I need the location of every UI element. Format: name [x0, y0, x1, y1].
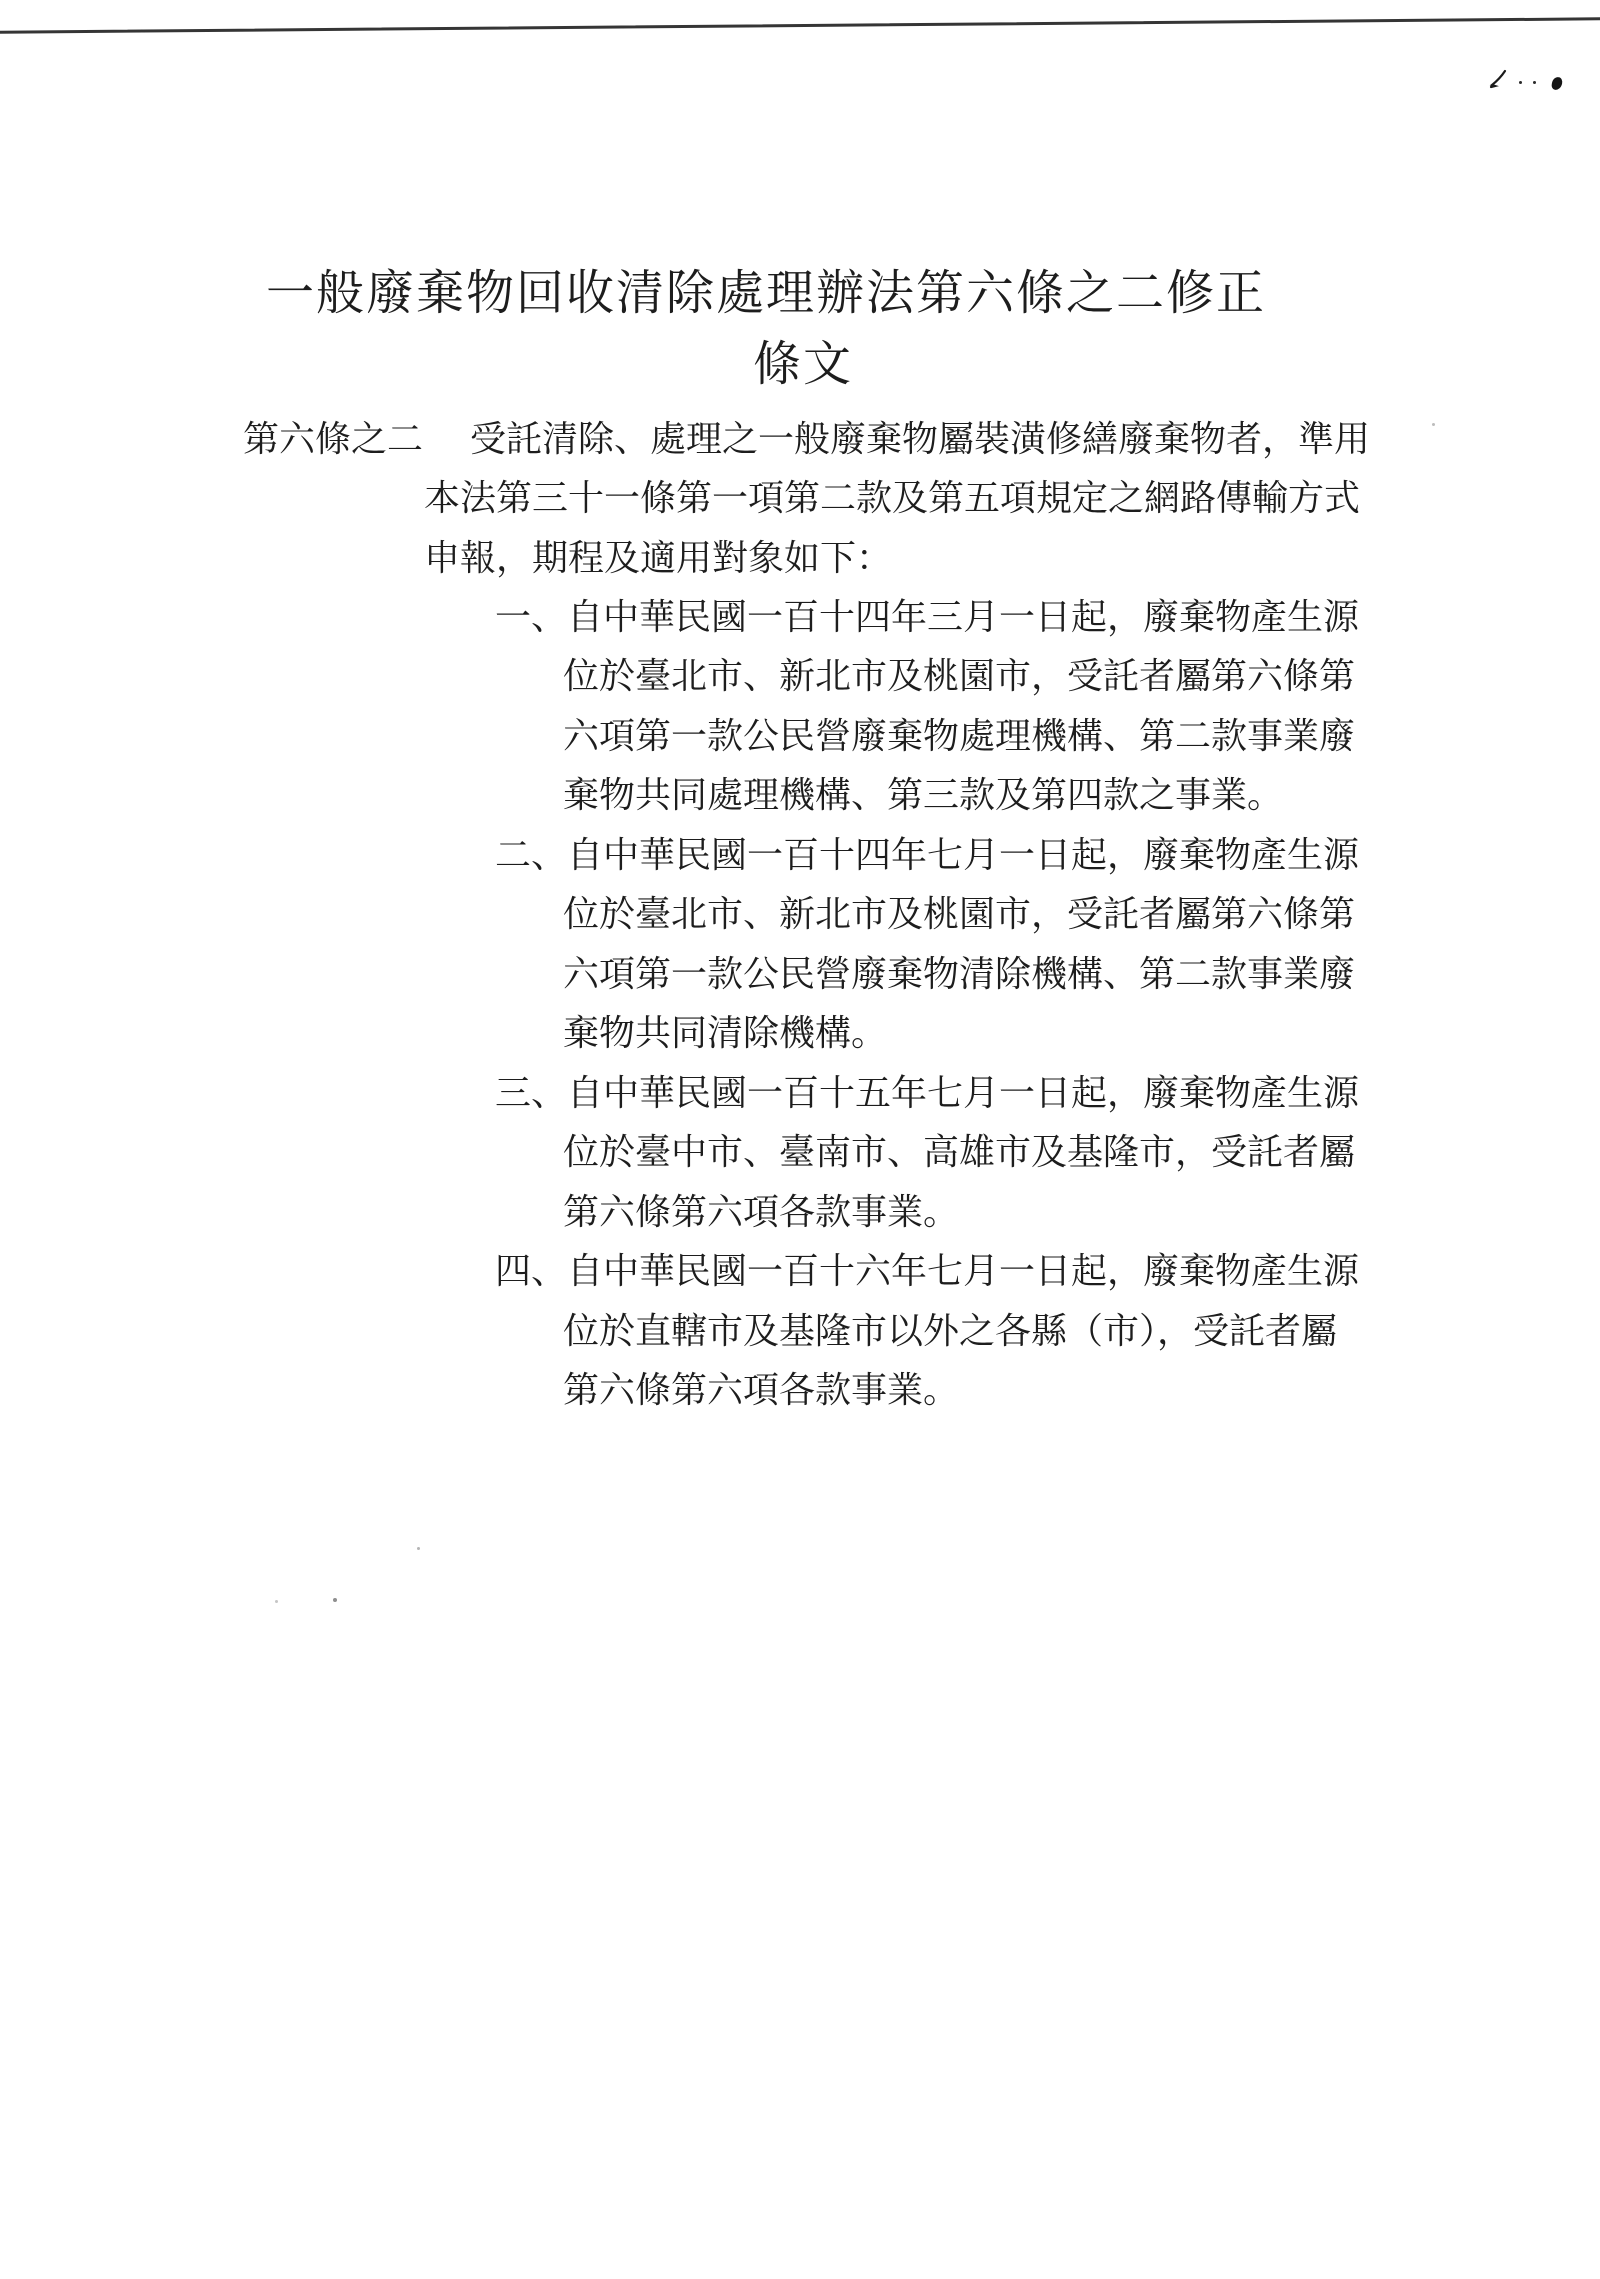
item-line: 四、自中華民國一百十六年七月一日起，廢棄物產生源: [495, 1253, 1359, 1289]
item-line: 棄物共同清除機構。: [563, 1015, 887, 1051]
document-title-line2: 條文: [753, 341, 853, 389]
item-line: 第六條第六項各款事業。: [563, 1372, 959, 1408]
intro-line: 本法第三十一條第一項第二款及第五項規定之網路傳輸方式: [424, 480, 1360, 516]
document-title-line1: 一般廢棄物回收清除處理辦法第六條之二修正: [266, 270, 1266, 318]
intro-line: 申報，期程及適用對象如下：: [424, 540, 892, 576]
item-line: 二、自中華民國一百十四年七月一日起，廢棄物產生源: [495, 837, 1359, 873]
item-line: 位於臺中市、臺南市、高雄市及基隆市，受託者屬: [563, 1134, 1355, 1170]
dust-speck: [333, 1598, 337, 1602]
dust-speck: [275, 1600, 278, 1603]
dust-speck: [1432, 423, 1435, 426]
ink-dot: [1519, 81, 1522, 84]
item-line: 一、自中華民國一百十四年三月一日起，廢棄物產生源: [495, 599, 1359, 635]
ink-blob: [1551, 76, 1563, 91]
article-number-label: 第六條之二: [243, 421, 423, 457]
intro-line: 受託清除、處理之一般廢棄物屬裝潢修繕廢棄物者，準用: [470, 421, 1370, 457]
item-line: 位於直轄市及基隆市以外之各縣（市），受託者屬: [563, 1313, 1337, 1349]
ink-dot: [1533, 81, 1536, 84]
item-line: 位於臺北市、新北市及桃園市，受託者屬第六條第: [563, 896, 1355, 932]
item-line: 位於臺北市、新北市及桃園市，受託者屬第六條第: [563, 658, 1355, 694]
scanned-document-page: 一般廢棄物回收清除處理辦法第六條之二修正 條文 第六條之二 受託清除、處理之一般…: [0, 0, 1600, 2279]
item-line: 六項第一款公民營廢棄物處理機構、第二款事業廢: [563, 718, 1355, 754]
item-line: 棄物共同處理機構、第三款及第四款之事業。: [563, 777, 1283, 813]
scan-edge-line: [0, 17, 1600, 33]
item-line: 三、自中華民國一百十五年七月一日起，廢棄物產生源: [495, 1075, 1359, 1111]
item-line: 六項第一款公民營廢棄物清除機構、第二款事業廢: [563, 956, 1355, 992]
dust-speck: [417, 1547, 420, 1550]
item-line: 第六條第六項各款事業。: [563, 1194, 959, 1230]
pen-tick-mark: [1488, 68, 1510, 92]
